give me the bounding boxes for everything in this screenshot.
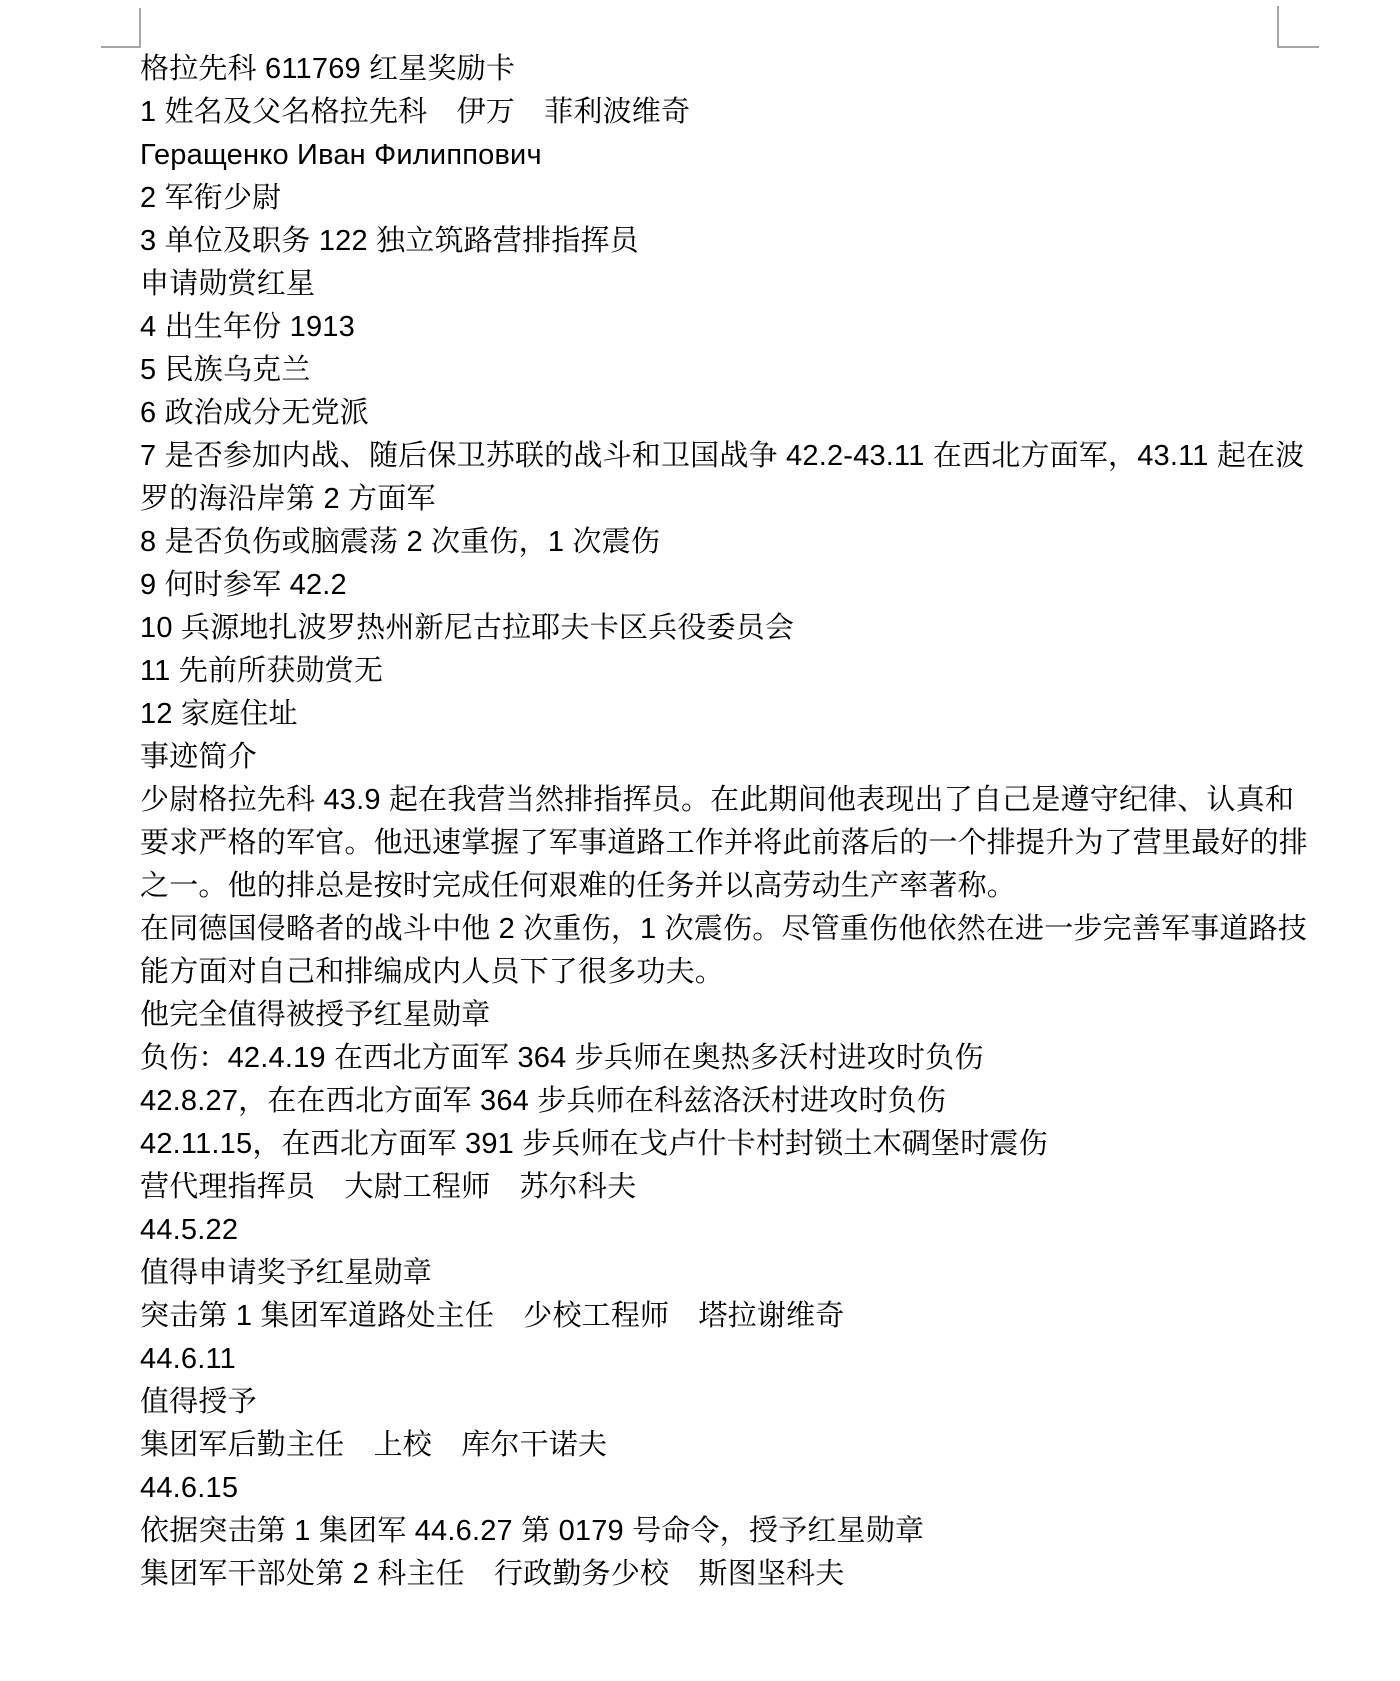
document-line[interactable]: 42.8.27，在在西北方面军 364 步兵师在科兹洛沃村进攻时负伤 xyxy=(140,1080,1280,1123)
document-line[interactable]: 要求严格的军官。他迅速掌握了军事道路工作并将此前落后的一个排提升为了营里最好的排 xyxy=(140,822,1280,865)
document-line[interactable]: 10 兵源地扎波罗热州新尼古拉耶夫卡区兵役委员会 xyxy=(140,607,1280,650)
document-line[interactable]: 值得授予 xyxy=(140,1381,1280,1424)
document-line[interactable]: 罗的海沿岸第 2 方面军 xyxy=(140,478,1280,521)
document-line[interactable]: 值得申请奖予红星勋章 xyxy=(140,1252,1280,1295)
document-line[interactable]: 12 家庭住址 xyxy=(140,693,1280,736)
document-line[interactable]: 之一。他的排总是按时完成任何艰难的任务并以高劳动生产率著称。 xyxy=(140,865,1280,908)
document-line[interactable]: Геращенко Иван Филиппович xyxy=(140,134,1280,177)
document-line[interactable]: 他完全值得被授予红星勋章 xyxy=(140,994,1280,1037)
document-line[interactable]: 3 单位及职务 122 独立筑路营排指挥员 xyxy=(140,220,1280,263)
document-line[interactable]: 2 军衔少尉 xyxy=(140,177,1280,220)
document-text-area[interactable]: 格拉先科 611769 红星奖励卡1 姓名及父名格拉先科 伊万 菲利波维奇Гер… xyxy=(140,48,1280,1596)
document-line[interactable]: 44.5.22 xyxy=(140,1209,1280,1252)
text-boundary-mark-top-left xyxy=(101,8,141,48)
document-line[interactable]: 6 政治成分无党派 xyxy=(140,392,1280,435)
document-line[interactable]: 突击第 1 集团军道路处主任 少校工程师 塔拉谢维奇 xyxy=(140,1295,1280,1338)
document-line[interactable]: 9 何时参军 42.2 xyxy=(140,564,1280,607)
document-line[interactable]: 44.6.11 xyxy=(140,1338,1280,1381)
document-line[interactable]: 营代理指挥员 大尉工程师 苏尔科夫 xyxy=(140,1166,1280,1209)
document-page: 格拉先科 611769 红星奖励卡1 姓名及父名格拉先科 伊万 菲利波维奇Гер… xyxy=(0,0,1400,1681)
document-line[interactable]: 少尉格拉先科 43.9 起在我营当然排指挥员。在此期间他表现出了自己是遵守纪律、… xyxy=(140,779,1280,822)
document-line[interactable]: 4 出生年份 1913 xyxy=(140,306,1280,349)
document-line[interactable]: 11 先前所获勋赏无 xyxy=(140,650,1280,693)
document-line[interactable]: 集团军后勤主任 上校 库尔干诺夫 xyxy=(140,1424,1280,1467)
document-line[interactable]: 44.6.15 xyxy=(140,1467,1280,1510)
document-line[interactable]: 事迹简介 xyxy=(140,736,1280,779)
document-line[interactable]: 42.11.15，在西北方面军 391 步兵师在戈卢什卡村封锁土木碉堡时震伤 xyxy=(140,1123,1280,1166)
document-line[interactable]: 7 是否参加内战、随后保卫苏联的战斗和卫国战争 42.2-43.11 在西北方面… xyxy=(140,435,1280,478)
document-line[interactable]: 在同德国侵略者的战斗中他 2 次重伤，1 次震伤。尽管重伤他依然在进一步完善军事… xyxy=(140,908,1280,951)
document-line[interactable]: 5 民族乌克兰 xyxy=(140,349,1280,392)
app-background: { "page": { "background_color": "#ffffff… xyxy=(0,0,1400,1681)
document-line[interactable]: 8 是否负伤或脑震荡 2 次重伤，1 次震伤 xyxy=(140,521,1280,564)
text-boundary-mark-top-right xyxy=(1277,6,1319,48)
document-line[interactable]: 申请勋赏红星 xyxy=(140,263,1280,306)
document-line[interactable]: 能方面对自己和排编成内人员下了很多功夫。 xyxy=(140,951,1280,994)
document-line[interactable]: 负伤：42.4.19 在西北方面军 364 步兵师在奥热多沃村进攻时负伤 xyxy=(140,1037,1280,1080)
document-line[interactable]: 集团军干部处第 2 科主任 行政勤务少校 斯图坚科夫 xyxy=(140,1553,1280,1596)
document-line[interactable]: 格拉先科 611769 红星奖励卡 xyxy=(140,48,1280,91)
document-line[interactable]: 1 姓名及父名格拉先科 伊万 菲利波维奇 xyxy=(140,91,1280,134)
document-line[interactable]: 依据突击第 1 集团军 44.6.27 第 0179 号命令，授予红星勋章 xyxy=(140,1510,1280,1553)
